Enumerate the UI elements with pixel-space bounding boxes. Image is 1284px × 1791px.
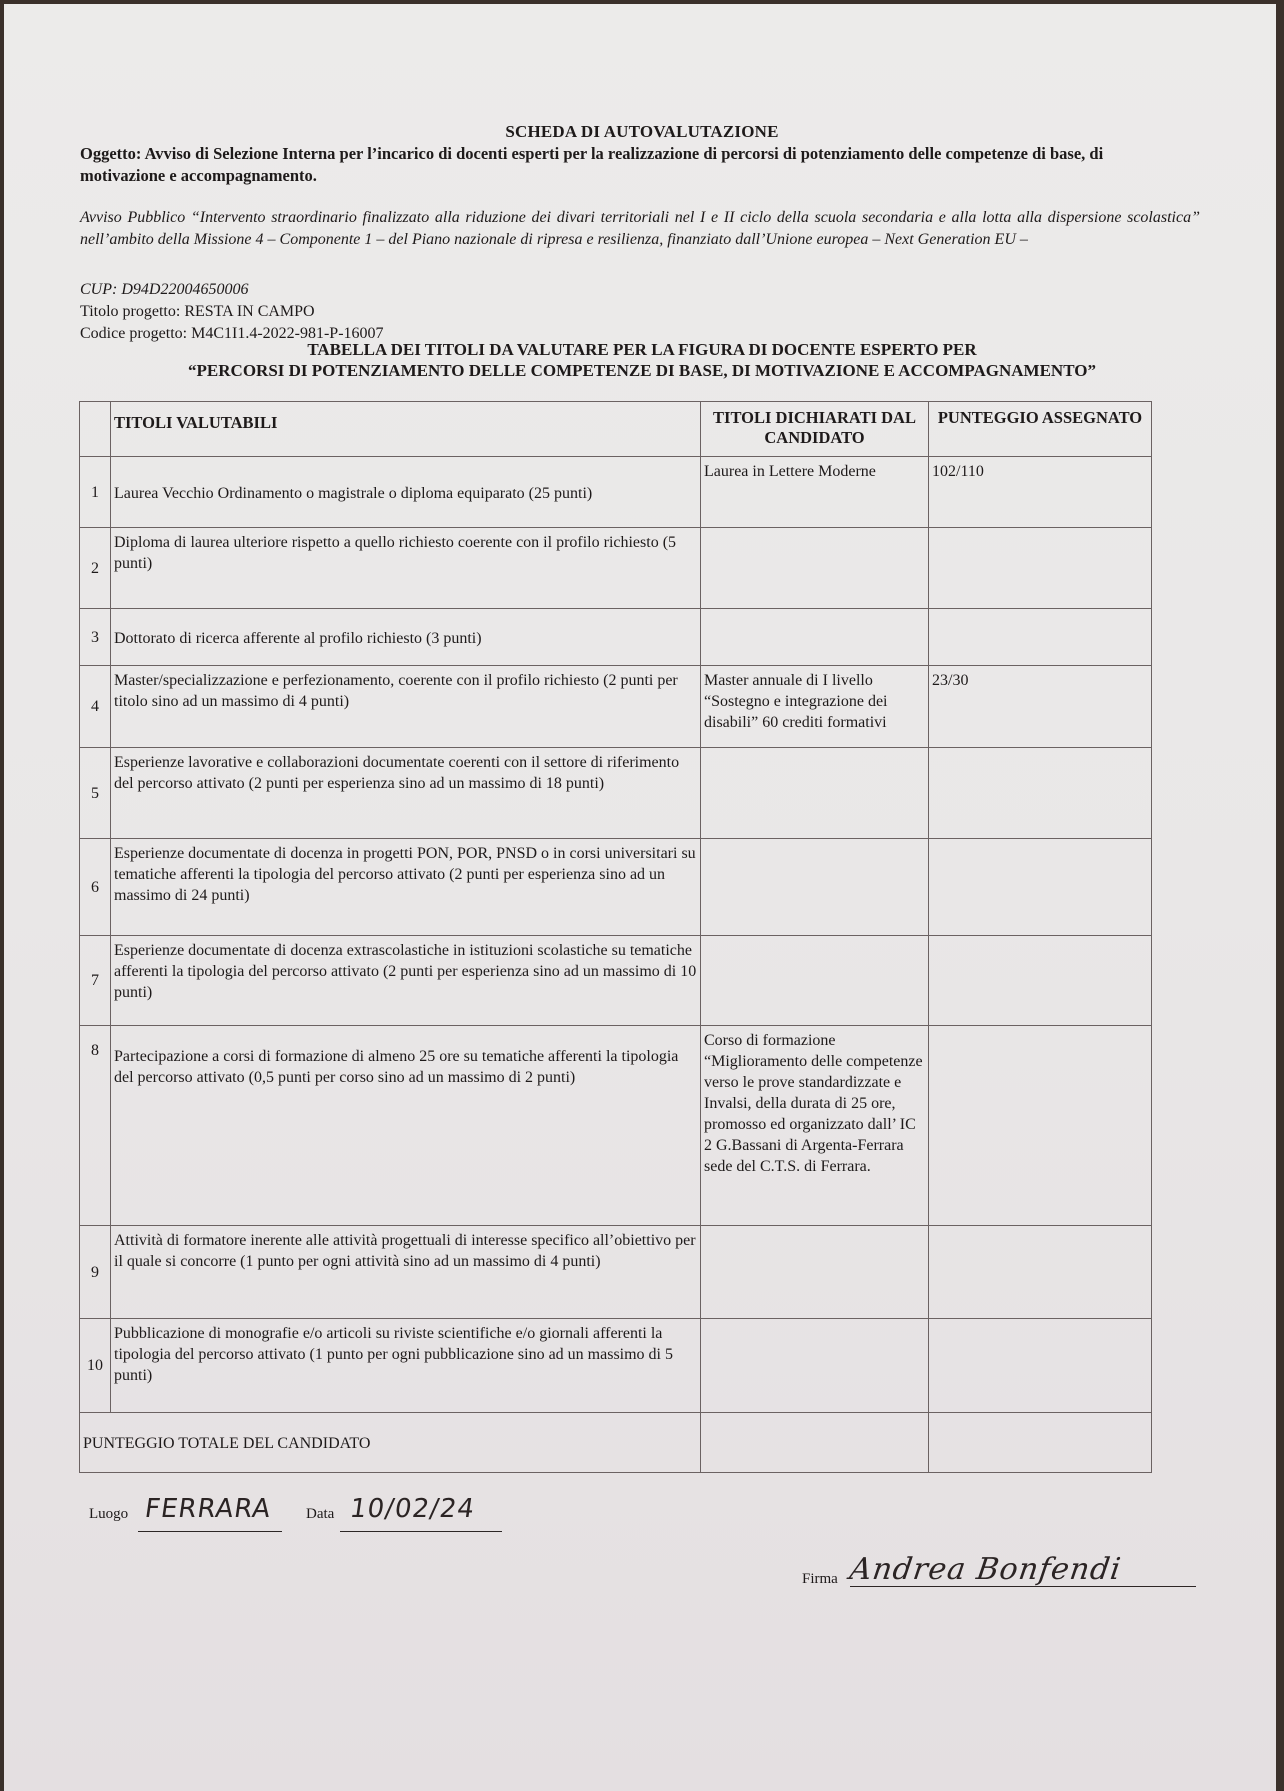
titolo-valutabile-cell: Esperienze documentate di docenza extras…	[111, 936, 701, 1026]
titolo-dichiarato-cell[interactable]: Master annuale di I livello “Sostegno e …	[701, 666, 929, 748]
titolo-valutabile-cell: Partecipazione a corsi di formazione di …	[111, 1026, 701, 1226]
firma-label: Firma	[802, 1571, 838, 1587]
titolo-valutabile-cell: Esperienze documentate di docenza in pro…	[111, 839, 701, 936]
table-row: 7Esperienze documentate di docenza extra…	[80, 936, 1152, 1026]
signature-handwriting: Andrea Bonfendi	[848, 1552, 1124, 1587]
titolo-dichiarato-cell[interactable]	[701, 839, 929, 936]
table-row: 4Master/specializzazione e perfezionamen…	[80, 666, 1152, 748]
titolo-dichiarato-cell[interactable]	[701, 609, 929, 666]
row-number: 6	[80, 839, 111, 936]
punteggio-cell[interactable]	[929, 1319, 1152, 1413]
firma-field: Firma	[802, 1571, 838, 1588]
cup-code: CUP: D94D22004650006	[80, 279, 248, 301]
header-number	[80, 402, 111, 457]
punteggio-cell[interactable]	[929, 528, 1152, 609]
firma-underline	[850, 1586, 1196, 1587]
punteggio-cell[interactable]	[929, 748, 1152, 839]
table-title-line-2: “PERCORSI DI POTENZIAMENTO DELLE COMPETE…	[0, 360, 1284, 381]
data-label: Data	[306, 1506, 334, 1522]
row-number: 7	[80, 936, 111, 1026]
row-number: 8	[80, 1026, 111, 1226]
titolo-valutabile-cell: Esperienze lavorative e collaborazioni d…	[111, 748, 701, 839]
data-field: Data	[306, 1506, 334, 1523]
row-number: 9	[80, 1226, 111, 1319]
document-title: SCHEDA DI AUTOVALUTAZIONE	[0, 122, 1284, 142]
total-punteggio-cell[interactable]	[929, 1413, 1152, 1473]
table-row: 3Dottorato di ricerca afferente al profi…	[80, 609, 1152, 666]
table-header-row: TITOLI VALUTABILI TITOLI DICHIARATI DAL …	[80, 402, 1152, 457]
header-punteggio: PUNTEGGIO ASSEGNATO	[929, 402, 1152, 457]
luogo-field: Luogo	[89, 1506, 128, 1523]
oggetto-paragraph: Oggetto: Avviso di Selezione Interna per…	[80, 143, 1190, 187]
total-dichiarato-cell[interactable]	[701, 1413, 929, 1473]
titolo-valutabile-cell: Attività di formatore inerente alle atti…	[111, 1226, 701, 1319]
total-row: PUNTEGGIO TOTALE DEL CANDIDATO	[80, 1413, 1152, 1473]
luogo-handwriting: FERRARA	[143, 1494, 273, 1524]
row-number: 2	[80, 528, 111, 609]
luogo-underline	[138, 1531, 282, 1532]
table-title-line-1: TABELLA DEI TITOLI DA VALUTARE PER LA FI…	[0, 339, 1284, 360]
table-row: 9Attività di formatore inerente alle att…	[80, 1226, 1152, 1319]
punteggio-cell[interactable]	[929, 609, 1152, 666]
table-row: 8Partecipazione a corsi di formazione di…	[80, 1026, 1152, 1226]
avviso-paragraph: Avviso Pubblico “Intervento straordinari…	[80, 207, 1200, 251]
titolo-valutabile-cell: Diploma di laurea ulteriore rispetto a q…	[111, 528, 701, 609]
titolo-dichiarato-cell[interactable]	[701, 1319, 929, 1413]
titolo-valutabile-cell: Laurea Vecchio Ordinamento o magistrale …	[111, 457, 701, 528]
punteggio-cell[interactable]	[929, 1226, 1152, 1319]
punteggio-cell[interactable]	[929, 936, 1152, 1026]
row-number: 4	[80, 666, 111, 748]
table-row: 5Esperienze lavorative e collaborazioni …	[80, 748, 1152, 839]
titolo-dichiarato-cell[interactable]	[701, 1226, 929, 1319]
titolo-valutabile-cell: Master/specializzazione e perfezionament…	[111, 666, 701, 748]
row-number: 1	[80, 457, 111, 528]
punteggio-cell[interactable]	[929, 839, 1152, 936]
titolo-valutabile-cell: Pubblicazione di monografie e/o articoli…	[111, 1319, 701, 1413]
titolo-dichiarato-cell[interactable]	[701, 528, 929, 609]
evaluation-table: TITOLI VALUTABILI TITOLI DICHIARATI DAL …	[79, 401, 1152, 1473]
project-title: Titolo progetto: RESTA IN CAMPO	[80, 301, 315, 323]
table-row: 1Laurea Vecchio Ordinamento o magistrale…	[80, 457, 1152, 528]
luogo-label: Luogo	[89, 1506, 128, 1522]
titolo-dichiarato-cell[interactable]: Laurea in Lettere Moderne	[701, 457, 929, 528]
data-value[interactable]: 10/02/24	[350, 1494, 475, 1524]
data-underline	[340, 1531, 502, 1532]
table-row: 10Pubblicazione di monografie e/o artico…	[80, 1319, 1152, 1413]
row-number: 5	[80, 748, 111, 839]
titolo-dichiarato-cell[interactable]: Corso di formazione “Miglioramento delle…	[701, 1026, 929, 1226]
firma-value[interactable]: Andrea Bonfendi	[850, 1552, 1121, 1587]
row-number: 3	[80, 609, 111, 666]
table-row: 2Diploma di laurea ulteriore rispetto a …	[80, 528, 1152, 609]
titolo-dichiarato-cell[interactable]	[701, 748, 929, 839]
luogo-value[interactable]: FERRARA	[145, 1494, 271, 1524]
punteggio-cell[interactable]: 23/30	[929, 666, 1152, 748]
titolo-dichiarato-cell[interactable]	[701, 936, 929, 1026]
header-titoli-valutabili: TITOLI VALUTABILI	[111, 402, 701, 457]
total-label: PUNTEGGIO TOTALE DEL CANDIDATO	[80, 1413, 701, 1473]
punteggio-cell[interactable]	[929, 1026, 1152, 1226]
titolo-valutabile-cell: Dottorato di ricerca afferente al profil…	[111, 609, 701, 666]
punteggio-cell[interactable]: 102/110	[929, 457, 1152, 528]
header-titoli-dichiarati: TITOLI DICHIARATI DAL CANDIDATO	[701, 402, 929, 457]
row-number: 10	[80, 1319, 111, 1413]
table-row: 6Esperienze documentate di docenza in pr…	[80, 839, 1152, 936]
data-handwriting: 10/02/24	[348, 1494, 477, 1524]
